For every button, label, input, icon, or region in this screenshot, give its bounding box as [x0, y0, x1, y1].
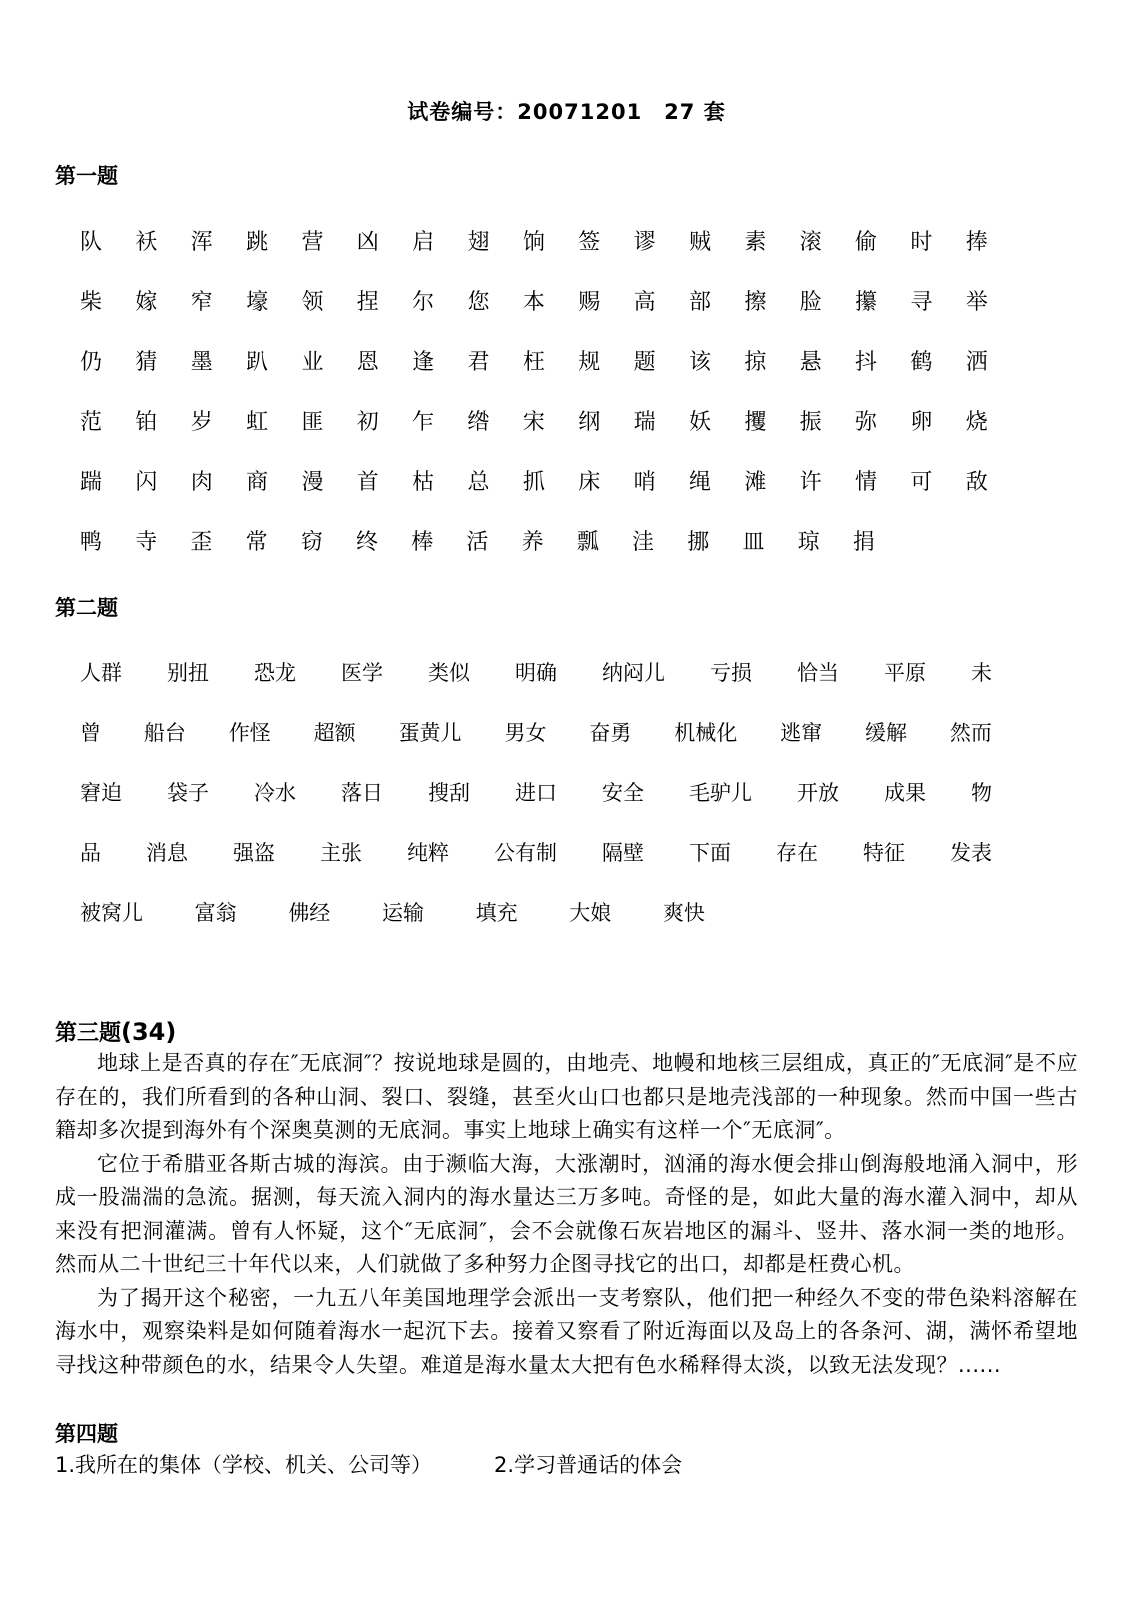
section-3-heading: 第三题(34) [55, 1016, 1078, 1047]
character-cell: 滚 [800, 232, 822, 254]
character-cell: 终 [356, 532, 378, 554]
word-cell: 爽快 [663, 902, 705, 924]
passage-paragraph-3: 为了揭开这个秘密，一九五八年美国地理学会派出一支考察队，他们把一种经久不变的带色… [55, 1282, 1078, 1383]
character-cell: 贼 [689, 232, 711, 254]
word-cell: 未 [971, 662, 992, 684]
character-cell: 凶 [357, 232, 379, 254]
character-cell: 床 [578, 472, 600, 494]
character-cell: 擦 [744, 292, 766, 314]
character-cell: 肉 [191, 472, 213, 494]
word-cell: 别扭 [167, 662, 209, 684]
character-cell: 铂 [135, 412, 157, 434]
word-row-1: 人群别扭恐龙医学类似明确纳闷儿亏损恰当平原未 [80, 662, 992, 684]
character-cell: 可 [910, 472, 932, 494]
character-cell: 瓢 [577, 532, 599, 554]
character-cell: 枯 [412, 472, 434, 494]
word-cell: 被窝儿 [80, 902, 143, 924]
character-cell: 纲 [578, 412, 600, 434]
character-cell: 营 [301, 232, 323, 254]
character-row-2: 柴嫁窄壕领捏尔您本赐高部擦脸攥寻举 [80, 292, 988, 314]
character-cell: 虹 [246, 412, 268, 434]
character-cell: 常 [246, 532, 268, 554]
character-cell: 嫁 [135, 292, 157, 314]
word-cell: 曾 [80, 722, 101, 744]
character-cell: 琼 [798, 532, 820, 554]
passage-paragraph-2: 它位于希腊亚各斯古城的海滨。由于濒临大海，大涨潮时，汹涌的海水便会排山倒海般地涌… [55, 1148, 1078, 1282]
character-cell: 绺 [468, 412, 490, 434]
character-cell: 鸭 [80, 532, 102, 554]
character-cell: 壕 [246, 292, 268, 314]
word-row-4: 品消息强盗主张纯粹公有制隔壁下面存在特征发表 [80, 842, 992, 864]
character-cell: 弥 [855, 412, 877, 434]
word-cell: 开放 [797, 782, 839, 804]
word-cell: 明确 [515, 662, 557, 684]
character-cell: 本 [523, 292, 545, 314]
character-cell: 妖 [689, 412, 711, 434]
character-cell: 君 [468, 352, 490, 374]
character-cell: 哨 [634, 472, 656, 494]
word-cell: 下面 [689, 842, 731, 864]
section-3-heading-label: 第三题 [55, 1021, 121, 1046]
character-cell: 仍 [80, 352, 102, 374]
character-cell: 振 [800, 412, 822, 434]
word-cell: 发表 [950, 842, 992, 864]
character-cell: 浑 [191, 232, 213, 254]
paper-number-title: 试卷编号：20071201 27 套 [55, 96, 1078, 126]
character-cell: 总 [468, 472, 490, 494]
character-cell: 养 [522, 532, 544, 554]
word-cell: 作怪 [229, 722, 271, 744]
character-cell: 宋 [523, 412, 545, 434]
character-cell: 匪 [301, 412, 323, 434]
word-cell: 佛经 [288, 902, 330, 924]
word-cell: 存在 [776, 842, 818, 864]
character-cell: 鹤 [910, 352, 932, 374]
character-cell: 闪 [135, 472, 157, 494]
word-cell: 富翁 [195, 902, 237, 924]
word-cell: 消息 [146, 842, 188, 864]
character-cell: 捐 [853, 532, 875, 554]
character-cell: 领 [301, 292, 323, 314]
character-cell: 脸 [800, 292, 822, 314]
character-cell: 首 [357, 472, 379, 494]
character-cell: 逢 [412, 352, 434, 374]
character-cell: 猜 [135, 352, 157, 374]
character-cell: 棒 [411, 532, 433, 554]
character-cell: 趴 [246, 352, 268, 374]
character-cell: 活 [466, 532, 488, 554]
word-cell: 袋子 [167, 782, 209, 804]
character-cell: 启 [412, 232, 434, 254]
word-cell: 纯粹 [407, 842, 449, 864]
character-cell: 素 [744, 232, 766, 254]
word-cell: 恰当 [797, 662, 839, 684]
word-cell: 恐龙 [254, 662, 296, 684]
word-cell: 缓解 [865, 722, 907, 744]
character-cell: 跳 [246, 232, 268, 254]
word-cell: 运输 [382, 902, 424, 924]
character-cell: 谬 [634, 232, 656, 254]
character-cell: 业 [301, 352, 323, 374]
passage-text: 地球上是否真的存在″无底洞″？按说地球是圆的，由地壳、地幔和地核三层组成，真正的… [55, 1047, 1078, 1382]
character-cell: 瑞 [634, 412, 656, 434]
character-row-6: 鸭寺歪常窃终棒活养瓢洼挪皿琼捐 [80, 532, 875, 554]
word-cell: 机械化 [674, 722, 737, 744]
character-cell: 捏 [357, 292, 379, 314]
character-cell: 窃 [301, 532, 323, 554]
word-row-5: 被窝儿富翁佛经运输填充大娘爽快 [80, 902, 705, 924]
character-cell: 绳 [689, 472, 711, 494]
character-cell: 烧 [966, 412, 988, 434]
word-cell: 搜刮 [428, 782, 470, 804]
character-row-1: 队袄浑跳营凶启翅饷签谬贼素滚偷时捧 [80, 232, 988, 254]
character-cell: 皿 [742, 532, 764, 554]
character-cell: 偷 [855, 232, 877, 254]
character-cell: 情 [855, 472, 877, 494]
word-cell: 亏损 [710, 662, 752, 684]
character-cell: 挪 [687, 532, 709, 554]
word-cell: 逃窜 [780, 722, 822, 744]
section-4-topics: 第四题 1.我所在的集体（学校、机关、公司等） 2.学习普通话的体会 [55, 1418, 1078, 1480]
character-cell: 翅 [468, 232, 490, 254]
character-cell: 歪 [190, 532, 212, 554]
character-cell: 许 [800, 472, 822, 494]
character-cell: 范 [80, 412, 102, 434]
word-cell: 窘迫 [80, 782, 122, 804]
topic-item-2: 2.学习普通话的体会 [494, 1450, 682, 1480]
word-cell: 主张 [320, 842, 362, 864]
character-cell: 捧 [966, 232, 988, 254]
character-cell: 寺 [135, 532, 157, 554]
word-cell: 强盗 [233, 842, 275, 864]
character-row-3: 仍猜墨趴业恩逢君枉规题该掠悬抖鹤洒 [80, 352, 988, 374]
word-cell: 人群 [80, 662, 122, 684]
character-cell: 抓 [523, 472, 545, 494]
character-cell: 窄 [191, 292, 213, 314]
character-cell: 袄 [135, 232, 157, 254]
character-cell: 初 [357, 412, 379, 434]
word-row-2: 曾船台作怪超额蛋黄儿男女奋勇机械化逃窜缓解然而 [80, 722, 992, 744]
character-cell: 时 [910, 232, 932, 254]
character-cell: 题 [634, 352, 656, 374]
character-cell: 掠 [744, 352, 766, 374]
word-cell: 特征 [863, 842, 905, 864]
character-cell: 乍 [412, 412, 434, 434]
character-cell: 您 [468, 292, 490, 314]
character-cell: 攥 [855, 292, 877, 314]
character-cell: 滩 [744, 472, 766, 494]
word-cell: 进口 [515, 782, 557, 804]
section-1-heading: 第一题 [55, 160, 1078, 190]
character-cell: 悬 [800, 352, 822, 374]
word-cell: 大娘 [569, 902, 611, 924]
section-4-heading: 第四题 [55, 1418, 1078, 1448]
word-cell: 毛驴儿 [689, 782, 752, 804]
word-cell: 超额 [314, 722, 356, 744]
character-cell: 抖 [855, 352, 877, 374]
word-cell: 船台 [144, 722, 186, 744]
section-2-heading: 第二题 [55, 592, 1078, 622]
word-cell: 蛋黄儿 [399, 722, 462, 744]
character-cell: 洒 [966, 352, 988, 374]
character-cell: 枉 [523, 352, 545, 374]
character-cell: 商 [246, 472, 268, 494]
word-cell: 安全 [602, 782, 644, 804]
passage-paragraph-1: 地球上是否真的存在″无底洞″？按说地球是圆的，由地壳、地幔和地核三层组成，真正的… [55, 1047, 1078, 1148]
character-cell: 寻 [910, 292, 932, 314]
character-cell: 洼 [632, 532, 654, 554]
character-cell: 签 [578, 232, 600, 254]
character-cell: 敌 [966, 472, 988, 494]
topic-line: 1.我所在的集体（学校、机关、公司等） 2.学习普通话的体会 [55, 1450, 1078, 1480]
character-row-4: 范铂岁虹匪初乍绺宋纲瑞妖攫振弥卵烧 [80, 412, 988, 434]
word-cell: 冷水 [254, 782, 296, 804]
character-cell: 规 [578, 352, 600, 374]
character-cell: 尔 [412, 292, 434, 314]
character-cell: 饷 [523, 232, 545, 254]
word-cell: 成果 [884, 782, 926, 804]
character-cell: 岁 [191, 412, 213, 434]
character-cell: 漫 [301, 472, 323, 494]
section-3-passage: 第三题(34) 地球上是否真的存在″无底洞″？按说地球是圆的，由地壳、地幔和地核… [55, 1016, 1078, 1382]
word-cell: 隔壁 [602, 842, 644, 864]
character-cell: 恩 [357, 352, 379, 374]
character-cell: 墨 [191, 352, 213, 374]
character-cell: 部 [689, 292, 711, 314]
character-cell: 卵 [910, 412, 932, 434]
topic-item-1: 1.我所在的集体（学校、机关、公司等） [55, 1450, 432, 1480]
word-cell: 公有制 [494, 842, 557, 864]
word-cell: 物 [971, 782, 992, 804]
character-cell: 踹 [80, 472, 102, 494]
section-3-passage-number: (34) [121, 1018, 176, 1046]
character-row-5: 踹闪肉商漫首枯总抓床哨绳滩许情可敌 [80, 472, 988, 494]
section-2-words: 第二题 人群别扭恐龙医学类似明确纳闷儿亏损恰当平原未 曾船台作怪超额蛋黄儿男女奋… [55, 592, 1078, 924]
word-cell: 男女 [504, 722, 546, 744]
character-cell: 攫 [744, 412, 766, 434]
word-cell: 品 [80, 842, 101, 864]
test-paper-page: 试卷编号：20071201 27 套 第一题 队袄浑跳营凶启翅饷签谬贼素滚偷时捧… [0, 0, 1131, 1600]
character-cell: 举 [966, 292, 988, 314]
character-cell: 赐 [578, 292, 600, 314]
character-cell: 队 [80, 232, 102, 254]
word-cell: 医学 [341, 662, 383, 684]
word-cell: 落日 [341, 782, 383, 804]
section-1-monosyllables: 第一题 队袄浑跳营凶启翅饷签谬贼素滚偷时捧 柴嫁窄壕领捏尔您本赐高部擦脸攥寻举 … [55, 160, 1078, 554]
word-cell: 平原 [884, 662, 926, 684]
word-cell: 填充 [476, 902, 518, 924]
word-cell: 奋勇 [589, 722, 631, 744]
word-cell: 然而 [950, 722, 992, 744]
word-row-3: 窘迫袋子冷水落日搜刮进口安全毛驴儿开放成果物 [80, 782, 992, 804]
character-cell: 高 [634, 292, 656, 314]
word-cell: 类似 [428, 662, 470, 684]
character-cell: 该 [689, 352, 711, 374]
character-cell: 柴 [80, 292, 102, 314]
word-cell: 纳闷儿 [602, 662, 665, 684]
